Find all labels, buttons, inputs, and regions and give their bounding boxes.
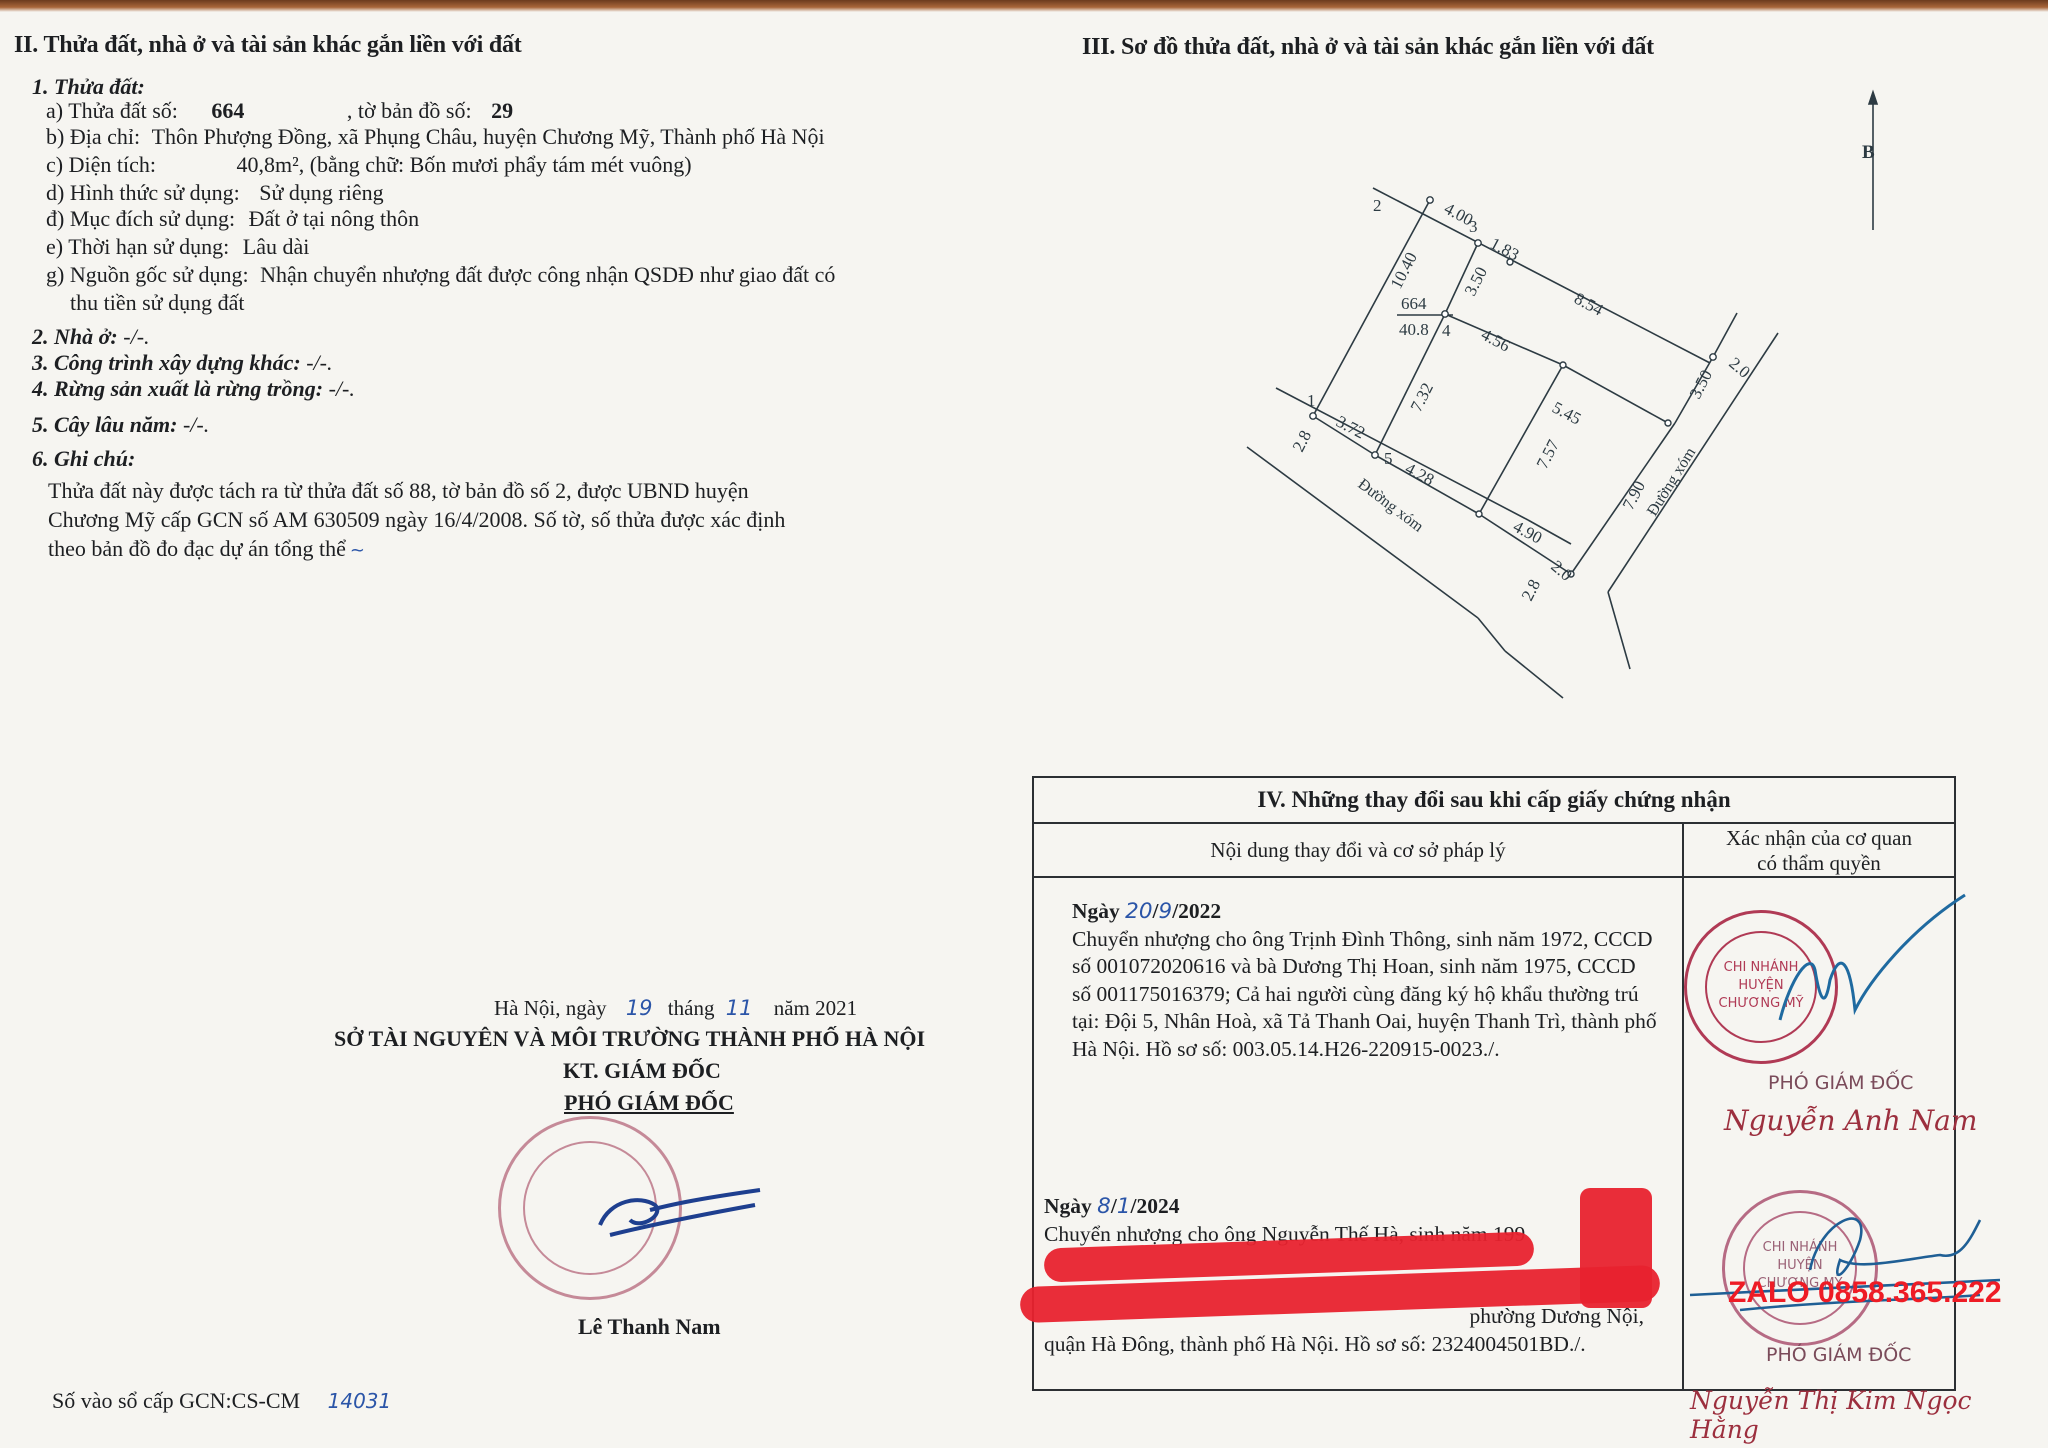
dim-e-f: 4.90: [1510, 517, 1545, 548]
item5-value: -/-.: [183, 412, 209, 437]
redaction-mark-3: [1580, 1188, 1652, 1308]
purpose-label: đ) Mục đích sử dụng:: [46, 206, 235, 231]
dim-a-b: 8.54: [1571, 289, 1607, 320]
north-arrow-head: [1869, 92, 1877, 104]
usage-form-value: Sử dụng riêng: [245, 180, 383, 205]
entry-2-date-prefix: Ngày: [1044, 1194, 1092, 1218]
road-label-left: Đường xóm: [1355, 476, 1427, 536]
issuing-authority: SỞ TÀI NGUYÊN VÀ MÔI TRƯỜNG THÀNH PHỐ HÀ…: [334, 1026, 925, 1052]
col-content-header: Nội dung thay đổi và cơ sở pháp lý: [1034, 824, 1682, 878]
parcel-label: a) Thửa đất số:: [46, 98, 178, 123]
registry-number: 14031: [306, 1389, 392, 1413]
item4-row: 4. Rừng sản xuất là rừng trồng: -/-.: [32, 376, 355, 402]
usage-form-row: d) Hình thức sử dụng: Sử dụng riêng: [46, 180, 384, 206]
dim-c-d: 5.45: [1549, 398, 1584, 429]
entry-1-role: PHÓ GIÁM ĐỐC: [1768, 1072, 1913, 1094]
term-row: e) Thời hạn sử dụng: Lâu dài: [46, 234, 309, 260]
vertex-4: 4: [1442, 321, 1451, 340]
item2-row: 2. Nhà ở: -/-.: [32, 324, 150, 350]
contact-watermark: ZALO 0858.365.222: [1728, 1276, 2002, 1310]
entry-1-line-3: số 001175016379; Cả hai người cùng đăng …: [1072, 981, 1684, 1009]
date-day: 19: [612, 996, 663, 1020]
address-value: Thôn Phượng Đồng, xã Phụng Châu, huyện C…: [146, 124, 825, 149]
dim-c-e: 7.57: [1533, 436, 1564, 472]
registry-row: Số vào sổ cấp GCN:CS-CM 14031: [52, 1388, 391, 1414]
entry-1-month: 9: [1159, 899, 1173, 924]
handwritten-initial: ~: [346, 540, 365, 561]
entry-1-signer: Nguyễn Anh Nam: [1724, 1104, 1977, 1137]
item2-value: -/-.: [123, 324, 149, 349]
item3-row: 3. Công trình xây dựng khác: -/-.: [32, 350, 332, 376]
entry-1-line-5: Hà Nội. Hồ sơ số: 003.05.14.H26-220915-0…: [1072, 1036, 1684, 1064]
date-prefix: Hà Nội, ngày: [494, 996, 607, 1020]
origin-label: g) Nguồn gốc sử dụng:: [46, 262, 249, 287]
item4-label: 4. Rừng sản xuất là rừng trồng:: [32, 376, 323, 401]
entry-1-date: Ngày 20/9/2022: [1072, 898, 1684, 926]
col-confirm-header-line2: có thẩm quyền: [1684, 851, 1954, 876]
usage-form-label: d) Hình thức sử dụng:: [46, 180, 240, 205]
item3-label: 3. Công trình xây dựng khác:: [32, 350, 301, 375]
signer-name: Lê Thanh Nam: [578, 1314, 721, 1340]
parcel-diagram: 2 3 4 1 5 B 664 40.8 10.40 4.00 1.83 8.5…: [1200, 80, 2020, 720]
parcel-number: 664: [183, 98, 341, 124]
dim-4-c: 4.56: [1478, 325, 1513, 356]
dim-b-d: 3.50: [1686, 367, 1716, 402]
entry-2-role: PHÓ GIÁM ĐỐC: [1766, 1344, 1911, 1366]
purpose-row: đ) Mục đích sử dụng: Đất ở tại nông thôn: [46, 206, 419, 232]
address-label: b) Địa chỉ:: [46, 124, 140, 149]
address-row: b) Địa chỉ: Thôn Phượng Đồng, xã Phụng C…: [46, 124, 825, 150]
map-sheet-label: , tờ bản đồ số:: [347, 98, 472, 123]
date-month: 11: [720, 996, 769, 1020]
north-label: B: [1862, 142, 1875, 163]
col-confirm-header-line1: Xác nhận của cơ quan: [1684, 826, 1954, 851]
item4-value: -/-.: [329, 376, 355, 401]
dim-4-5: 7.32: [1407, 380, 1437, 415]
term-value: Lâu dài: [235, 234, 310, 259]
origin-value: Nhận chuyển nhượng đất được công nhận QS…: [254, 262, 835, 287]
parcel-area-label: 40.8: [1399, 320, 1429, 339]
purpose-value: Đất ở tại nông thôn: [241, 206, 420, 231]
vertex-5: 5: [1384, 449, 1393, 468]
origin-value-cont: thu tiền sử dụng đất: [70, 290, 244, 316]
note-text: Thửa đất này được tách ra từ thửa đất số…: [48, 476, 928, 565]
item6-heading: 6. Ghi chú:: [32, 446, 135, 472]
parcel-number-row: a) Thửa đất số: 664 , tờ bản đồ số: 29: [46, 98, 513, 124]
deputy-director-title: PHÓ GIÁM ĐỐC: [564, 1090, 734, 1116]
change-entry-1: Ngày 20/9/2022 Chuyển nhượng cho ông Trị…: [1072, 898, 1684, 1063]
vertex-2: 2: [1373, 196, 1382, 215]
vertex-1: 1: [1307, 391, 1316, 410]
item1-heading: 1. Thửa đất:: [32, 74, 145, 100]
section2-title: II. Thửa đất, nhà ở và tài sản khác gắn …: [14, 32, 522, 59]
dim-5-e: 4.28: [1402, 459, 1437, 490]
note-line-3-text: theo bản đồ đo đạc dự án tổng thể: [48, 536, 346, 561]
note-line-1: Thửa đất này được tách ra từ thửa đất số…: [48, 476, 928, 505]
dim-3-a: 1.83: [1487, 234, 1522, 265]
parcel-number-label: 664: [1401, 294, 1427, 313]
entry-1-line-2: số 001072020616 và bà Dương Thị Hoan, si…: [1072, 953, 1684, 981]
entry-2-day: 8: [1097, 1194, 1111, 1219]
area-value: 40,8m², (bằng chữ: Bốn mươi phẩy tám mét…: [237, 152, 692, 177]
issue-date: Hà Nội, ngày 19 tháng 11 năm 2021: [494, 996, 857, 1021]
entry-1-date-prefix: Ngày: [1072, 899, 1120, 923]
section3-title: III. Sơ đồ thửa đất, nhà ở và tài sản kh…: [1082, 34, 1654, 61]
signature-1: [1770, 890, 1970, 1040]
area-label: c) Diện tích:: [46, 152, 231, 178]
area-row: c) Diện tích: 40,8m², (bằng chữ: Bốn mươ…: [46, 152, 692, 178]
year-label: năm 2021: [774, 996, 857, 1020]
registry-label: Số vào sổ cấp GCN:CS-CM: [52, 1388, 300, 1413]
entry-2-signer: Nguyễn Thị Kim Ngọc Hằng: [1690, 1386, 2048, 1444]
signature-le-thanh-nam: [570, 1180, 770, 1250]
entry-2-line-5: quận Hà Đông, thành phố Hà Nội. Hồ sơ số…: [1044, 1331, 1684, 1359]
note-line-3: theo bản đồ đo đạc dự án tổng thể~: [48, 534, 928, 565]
entry-2-month: 1: [1117, 1194, 1131, 1219]
signature-2: [1680, 1200, 2010, 1330]
item3-value: -/-.: [306, 350, 332, 375]
road-width-left-top: 2.8: [1289, 427, 1316, 455]
entry-2-year: /2024: [1131, 1194, 1180, 1218]
note-line-2: Chương Mỹ cấp GCN số AM 630509 ngày 16/4…: [48, 505, 928, 534]
paper-top-edge: [0, 0, 2048, 12]
col-confirm-header: Xác nhận của cơ quan có thẩm quyền: [1684, 824, 1954, 878]
entry-1-day: 20: [1125, 899, 1152, 924]
origin-row: g) Nguồn gốc sử dụng: Nhận chuyển nhượng…: [46, 262, 835, 288]
dim-1-5: 3.72: [1333, 412, 1368, 443]
changes-table-title: IV. Những thay đổi sau khi cấp giấy chứn…: [1034, 778, 1954, 824]
entry-1-year: /2022: [1172, 899, 1221, 923]
entry-1-line-4: tại: Đội 5, Nhân Hoà, xã Tả Thanh Oai, h…: [1072, 1008, 1684, 1036]
map-sheet-number: 29: [477, 98, 513, 123]
kt-director: KT. GIÁM ĐỐC: [563, 1058, 721, 1084]
item5-label: 5. Cây lâu năm:: [32, 412, 177, 437]
item5-row: 5. Cây lâu năm: -/-.: [32, 412, 209, 438]
term-label: e) Thời hạn sử dụng:: [46, 234, 229, 259]
entry-1-line-1: Chuyển nhượng cho ông Trịnh Đình Thông, …: [1072, 926, 1684, 954]
item2-label: 2. Nhà ở:: [32, 324, 118, 349]
road-width-left-bottom: 2.8: [1518, 576, 1545, 604]
month-label: tháng: [668, 996, 715, 1020]
